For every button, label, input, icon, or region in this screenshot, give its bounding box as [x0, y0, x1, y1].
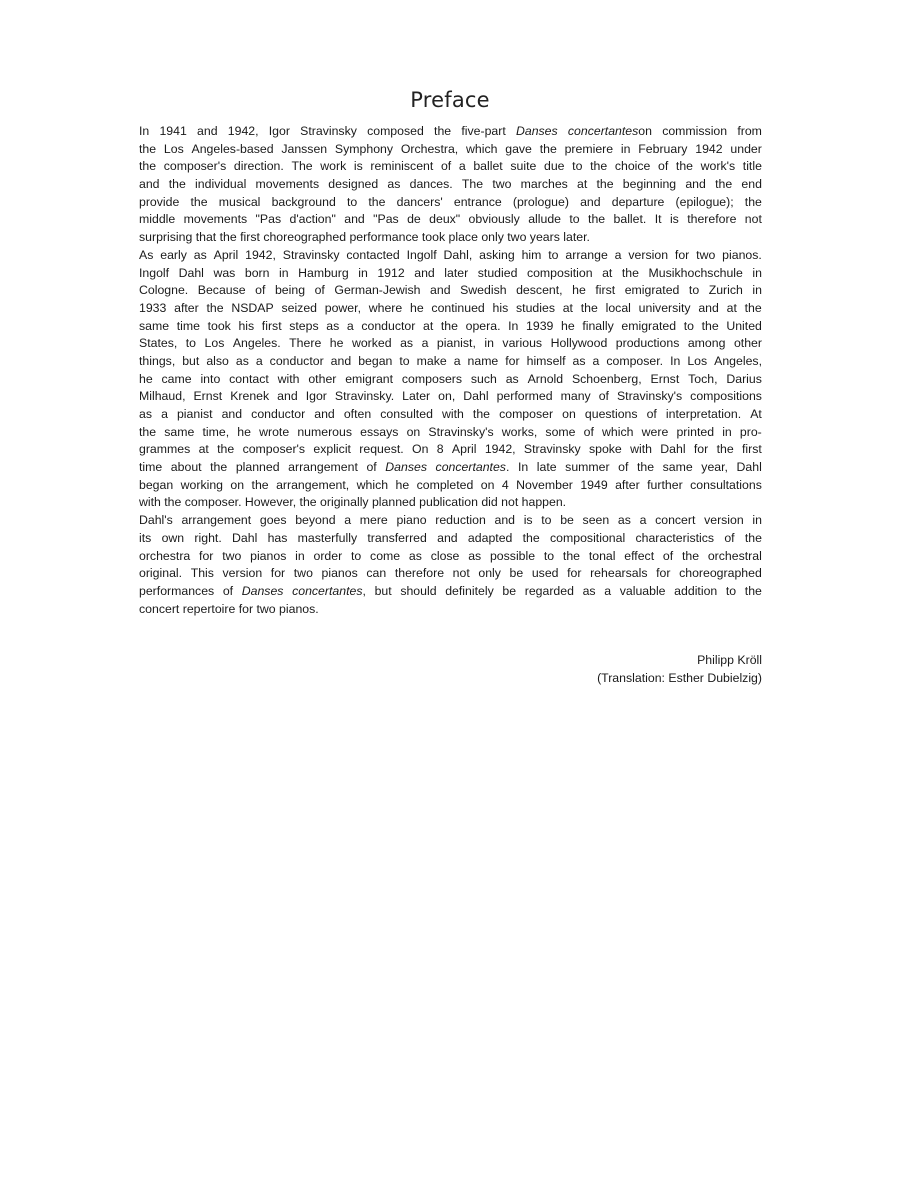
word: composers: [402, 371, 462, 389]
word: began: [139, 477, 173, 495]
word: the: [715, 176, 732, 194]
word: 1942: [695, 141, 722, 159]
word: came: [162, 371, 192, 389]
word: February: [638, 141, 687, 159]
word: was: [213, 265, 235, 283]
word: the: [368, 194, 385, 212]
word: he: [561, 318, 575, 336]
word: years: [530, 229, 560, 247]
word: This: [191, 565, 214, 583]
word: d'action": [289, 211, 335, 229]
word: to: [544, 548, 554, 566]
word: characteristics: [635, 530, 714, 548]
word: dances.: [410, 176, 453, 194]
word: emigrated: [625, 282, 680, 300]
word: were: [642, 424, 669, 442]
word: "Pas: [373, 211, 399, 229]
word: the: [745, 530, 762, 548]
word: Danses: [242, 583, 284, 601]
word: such: [471, 371, 497, 389]
word: be: [502, 583, 516, 601]
word: many: [561, 388, 591, 406]
word: for: [694, 441, 708, 459]
preface-body: In1941and1942,IgorStravinskycomposedthef…: [139, 123, 762, 618]
word: Stravinsky.: [335, 388, 394, 406]
text-line: In1941and1942,IgorStravinskycomposedthef…: [139, 123, 762, 141]
word: further: [647, 477, 683, 495]
word: five-part: [461, 123, 505, 141]
word: order: [314, 548, 343, 566]
word: choice: [615, 158, 651, 176]
word: concert: [139, 601, 179, 619]
word: in: [295, 548, 305, 566]
word: concertantes.: [436, 459, 510, 477]
word: Angeles-based: [192, 141, 274, 159]
word: beginning: [623, 176, 676, 194]
word: at: [423, 318, 433, 336]
word: a: [344, 512, 351, 530]
word: as: [583, 583, 596, 601]
word: first: [240, 229, 260, 247]
word: Dahl: [179, 265, 204, 283]
word: same: [663, 459, 693, 477]
word: happen.: [522, 494, 566, 512]
word: In: [508, 318, 518, 336]
text-line: theLosAngeles-basedJanssenSymphonyOrches…: [139, 141, 762, 159]
word: possible: [490, 548, 535, 566]
word: to: [351, 548, 361, 566]
word: publication: [419, 494, 478, 512]
word: on: [562, 406, 576, 424]
word: background: [272, 194, 336, 212]
word: as: [236, 353, 249, 371]
word: various: [502, 335, 542, 353]
word: opera.: [466, 318, 501, 336]
word: beyond: [295, 512, 335, 530]
word: There: [289, 335, 321, 353]
word: first: [742, 441, 762, 459]
word: and: [139, 176, 160, 194]
word: being: [275, 282, 305, 300]
word: movements: [256, 176, 320, 194]
word: "Pas: [256, 211, 282, 229]
word: he: [572, 282, 586, 300]
word: time,: [202, 424, 229, 442]
word: version: [704, 512, 744, 530]
signature-block: Philipp Kröll (Translation: Esther Dubie…: [597, 651, 762, 687]
word: allude: [528, 211, 561, 229]
word: pianos.: [722, 247, 762, 265]
word: the: [590, 158, 607, 176]
word: at: [602, 265, 612, 283]
word: he: [237, 424, 251, 442]
word: on: [407, 424, 421, 442]
word: obviously: [469, 211, 520, 229]
word: Los: [687, 353, 707, 371]
word: for: [656, 565, 670, 583]
word: which: [602, 424, 633, 442]
text-line: withthecomposer.However,theoriginallypla…: [139, 494, 762, 512]
word: close: [431, 548, 460, 566]
word: and: [344, 211, 365, 229]
word: valuable: [620, 583, 666, 601]
word: effect: [624, 548, 654, 566]
page-title: Preface: [0, 88, 900, 112]
word: Darius: [726, 371, 762, 389]
word: where: [369, 300, 403, 318]
word: to: [399, 353, 409, 371]
word: Krenek: [230, 388, 269, 406]
word: and: [494, 512, 515, 530]
word: not: [453, 565, 470, 583]
word: the: [164, 494, 181, 512]
text-line: thecomposer'sdirection.Theworkisreminisc…: [139, 158, 762, 176]
word: 1941: [159, 123, 186, 141]
word: can: [366, 565, 386, 583]
word: on: [481, 477, 495, 495]
word: Los: [205, 335, 225, 353]
word: Dahl's: [139, 512, 173, 530]
word: 1933: [139, 300, 166, 318]
word: also: [206, 353, 229, 371]
word: same: [164, 424, 194, 442]
word: and: [331, 353, 352, 371]
word: Angeles,: [714, 353, 762, 371]
word: of: [223, 583, 233, 601]
word: a: [422, 335, 429, 353]
word: as: [573, 353, 586, 371]
word: in: [484, 335, 494, 353]
word: finally: [582, 318, 613, 336]
word: with: [139, 494, 161, 512]
word: to: [541, 512, 551, 530]
word: only: [478, 565, 501, 583]
word: as: [468, 548, 481, 566]
word: work: [320, 158, 346, 176]
word: seized: [281, 300, 317, 318]
text-line: 1933aftertheNSDAPseizedpower,wherehecont…: [139, 300, 762, 318]
word: the: [596, 176, 613, 194]
word: of: [255, 282, 265, 300]
word: Because: [198, 282, 246, 300]
word: therefore: [395, 565, 444, 583]
word: arrangement,: [276, 477, 349, 495]
word: Stravinsky: [524, 441, 581, 459]
word: year,: [701, 459, 728, 477]
word: and: [430, 282, 451, 300]
word: of: [584, 424, 594, 442]
word: designed: [328, 176, 378, 194]
word: for: [239, 601, 253, 619]
word: university: [639, 300, 691, 318]
word: two: [696, 247, 715, 265]
word: to: [548, 247, 558, 265]
word: the: [441, 318, 458, 336]
word: with: [630, 441, 652, 459]
word: seen: [583, 512, 610, 530]
word: (prologue): [513, 194, 569, 212]
word: Danses: [516, 123, 558, 141]
word: which: [357, 477, 388, 495]
word: de: [407, 211, 421, 229]
word: the: [252, 477, 269, 495]
word: conductor: [361, 318, 415, 336]
word: rehearsals: [590, 565, 647, 583]
word: suite: [510, 158, 536, 176]
word: Janssen: [281, 141, 327, 159]
word: the: [206, 300, 223, 318]
word: but: [182, 353, 199, 371]
word: Ernst: [651, 371, 680, 389]
word: a: [640, 512, 647, 530]
word: and: [314, 406, 335, 424]
word: has: [268, 530, 288, 548]
word: name: [468, 353, 499, 371]
word: about: [171, 459, 202, 477]
word: him: [522, 247, 542, 265]
word: took: [422, 229, 445, 247]
text-line: IngolfDahlwasborninHamburgin1912andlater…: [139, 265, 762, 283]
word: contact: [229, 371, 269, 389]
word: States,: [139, 335, 177, 353]
word: to: [726, 583, 736, 601]
word: should: [400, 583, 436, 601]
word: November: [516, 477, 573, 495]
word: that: [196, 229, 217, 247]
word: which: [466, 141, 497, 159]
word: original.: [139, 565, 182, 583]
text-line: surprisingthatthefirstchoreographedperfo…: [139, 229, 762, 247]
word: studies: [516, 300, 555, 318]
word: tonal: [589, 548, 616, 566]
word: later.: [563, 229, 590, 247]
text-line: States,toLosAngeles.Thereheworkedasapian…: [139, 335, 762, 353]
word: of: [658, 158, 668, 176]
word: version: [223, 565, 263, 583]
word: premiere: [565, 141, 614, 159]
word: the: [581, 300, 598, 318]
word: wrote: [259, 424, 289, 442]
word: with: [442, 406, 464, 424]
word: at: [577, 176, 587, 194]
word: to: [572, 158, 582, 176]
word: among: [688, 335, 726, 353]
word: planned: [372, 494, 416, 512]
word: the: [473, 406, 490, 424]
word: NSDAP: [231, 300, 273, 318]
author-name: Philipp Kröll: [597, 651, 762, 669]
word: title: [743, 158, 762, 176]
word: ballet.: [614, 211, 647, 229]
word: worked: [352, 335, 392, 353]
word: as: [194, 247, 207, 265]
word: questions: [585, 406, 638, 424]
word: the: [622, 265, 639, 283]
text-line: sametimetookhisfirststepsasaconductoratt…: [139, 318, 762, 336]
word: the: [169, 176, 186, 194]
word: to: [689, 282, 699, 300]
word: orchestra: [139, 548, 190, 566]
word: Swedish: [460, 282, 506, 300]
word: two: [257, 601, 276, 619]
word: 1942,: [228, 123, 259, 141]
word: As: [139, 247, 153, 265]
word: At: [750, 406, 762, 424]
word: his: [493, 300, 509, 318]
word: asking: [479, 247, 515, 265]
word: for: [567, 565, 581, 583]
word: he: [139, 371, 153, 389]
word: Hamburg: [298, 265, 349, 283]
word: and: [685, 176, 706, 194]
word: only: [481, 229, 504, 247]
word: 1949: [580, 477, 607, 495]
word: is: [524, 512, 533, 530]
word: commission: [662, 123, 727, 141]
word: Toch,: [688, 371, 717, 389]
word: a: [593, 353, 600, 371]
word: be: [510, 565, 524, 583]
word: interpretation.: [666, 406, 741, 424]
word: and: [197, 123, 218, 141]
word: as: [618, 512, 631, 530]
word: the: [676, 158, 693, 176]
word: composer.: [606, 353, 663, 371]
word: in: [752, 282, 762, 300]
word: other: [308, 371, 336, 389]
word: he: [330, 335, 344, 353]
translation-credit: (Translation: Esther Dubielzig): [597, 669, 762, 687]
word: Orchestra,: [401, 141, 458, 159]
word: for: [199, 548, 213, 566]
word: In: [670, 353, 680, 371]
word: be: [560, 512, 574, 530]
text-line: middlemovements"Pasd'action"and"Pasdedeu…: [139, 211, 762, 229]
word: same: [139, 318, 169, 336]
paragraph: AsearlyasApril1942,StravinskycontactedIn…: [139, 247, 762, 512]
word: with: [278, 371, 300, 389]
word: time: [139, 459, 162, 477]
word: Ernst: [193, 388, 222, 406]
word: of: [441, 158, 451, 176]
word: the: [220, 229, 237, 247]
text-line: itsownright.Dahlhasmasterfullytransferre…: [139, 530, 762, 548]
word: under: [730, 141, 761, 159]
word: concertantes,: [292, 583, 366, 601]
word: Cologne.: [139, 282, 188, 300]
document-page: Preface In1941and1942,IgorStravinskycomp…: [0, 0, 900, 1180]
word: (epilogue);: [676, 194, 734, 212]
word: grammes: [139, 441, 190, 459]
word: gave: [505, 141, 532, 159]
word: The: [291, 158, 312, 176]
word: originally: [320, 494, 369, 512]
word: a: [347, 318, 354, 336]
word: at: [563, 300, 573, 318]
word: arrangement: [181, 512, 251, 530]
text-line: andtheindividualmovementsdesignedasdance…: [139, 176, 762, 194]
word: work's: [701, 158, 735, 176]
word: conductor: [251, 406, 305, 424]
word: in: [752, 512, 762, 530]
word: numerous: [297, 424, 352, 442]
word: printed: [676, 424, 714, 442]
word: is: [354, 158, 363, 176]
word: surprising: [139, 229, 192, 247]
word: composer's: [164, 158, 227, 176]
word: pianist: [177, 406, 213, 424]
word: contacted: [346, 247, 399, 265]
word: two: [222, 548, 241, 566]
word: the: [745, 194, 762, 212]
word: explicit: [313, 441, 351, 459]
word: transferred: [367, 530, 426, 548]
word: two: [294, 565, 313, 583]
word: to: [569, 211, 579, 229]
word: 1939: [526, 318, 553, 336]
word: conductor: [270, 353, 324, 371]
word: German-Jewish: [334, 282, 420, 300]
word: choreographed: [679, 565, 762, 583]
word: first: [595, 282, 615, 300]
word: in: [722, 424, 732, 442]
word: It: [655, 211, 662, 229]
word: into: [200, 371, 220, 389]
word: his: [238, 318, 254, 336]
word: pianos.: [279, 601, 319, 619]
paragraph: Dahl'sarrangementgoesbeyondamerepianored…: [139, 512, 762, 618]
word: the: [702, 318, 719, 336]
word: addition: [674, 583, 717, 601]
word: as: [400, 335, 413, 353]
word: essays: [360, 424, 398, 442]
word: studied: [478, 265, 518, 283]
word: a: [459, 158, 466, 176]
word: not: [745, 211, 762, 229]
word: concertanteson: [568, 123, 652, 141]
word: at: [199, 441, 209, 459]
word: power,: [325, 300, 361, 318]
word: deux": [429, 211, 460, 229]
word: orchestral: [708, 548, 762, 566]
word: 4: [502, 477, 509, 495]
word: spoke: [589, 441, 622, 459]
word: as: [387, 176, 400, 194]
word: April: [452, 441, 477, 459]
word: working: [181, 477, 223, 495]
word: composer.: [185, 494, 242, 512]
word: musical: [219, 194, 261, 212]
word: at: [727, 300, 737, 318]
word: used: [532, 565, 559, 583]
word: the: [563, 548, 580, 566]
word: after: [615, 477, 640, 495]
word: and: [222, 406, 243, 424]
word: after: [174, 300, 199, 318]
word: pianist,: [437, 335, 476, 353]
word: for: [675, 247, 689, 265]
word: Igor: [306, 388, 327, 406]
word: the: [139, 424, 156, 442]
word: took: [208, 318, 231, 336]
word: ballet: [473, 158, 502, 176]
word: goes: [260, 512, 287, 530]
word: Symphony: [335, 141, 393, 159]
word: choreographed: [263, 229, 346, 247]
text-line: things,butalsoasaconductorandbegantomake…: [139, 353, 762, 371]
word: the: [434, 123, 451, 141]
word: movements: [184, 211, 248, 229]
